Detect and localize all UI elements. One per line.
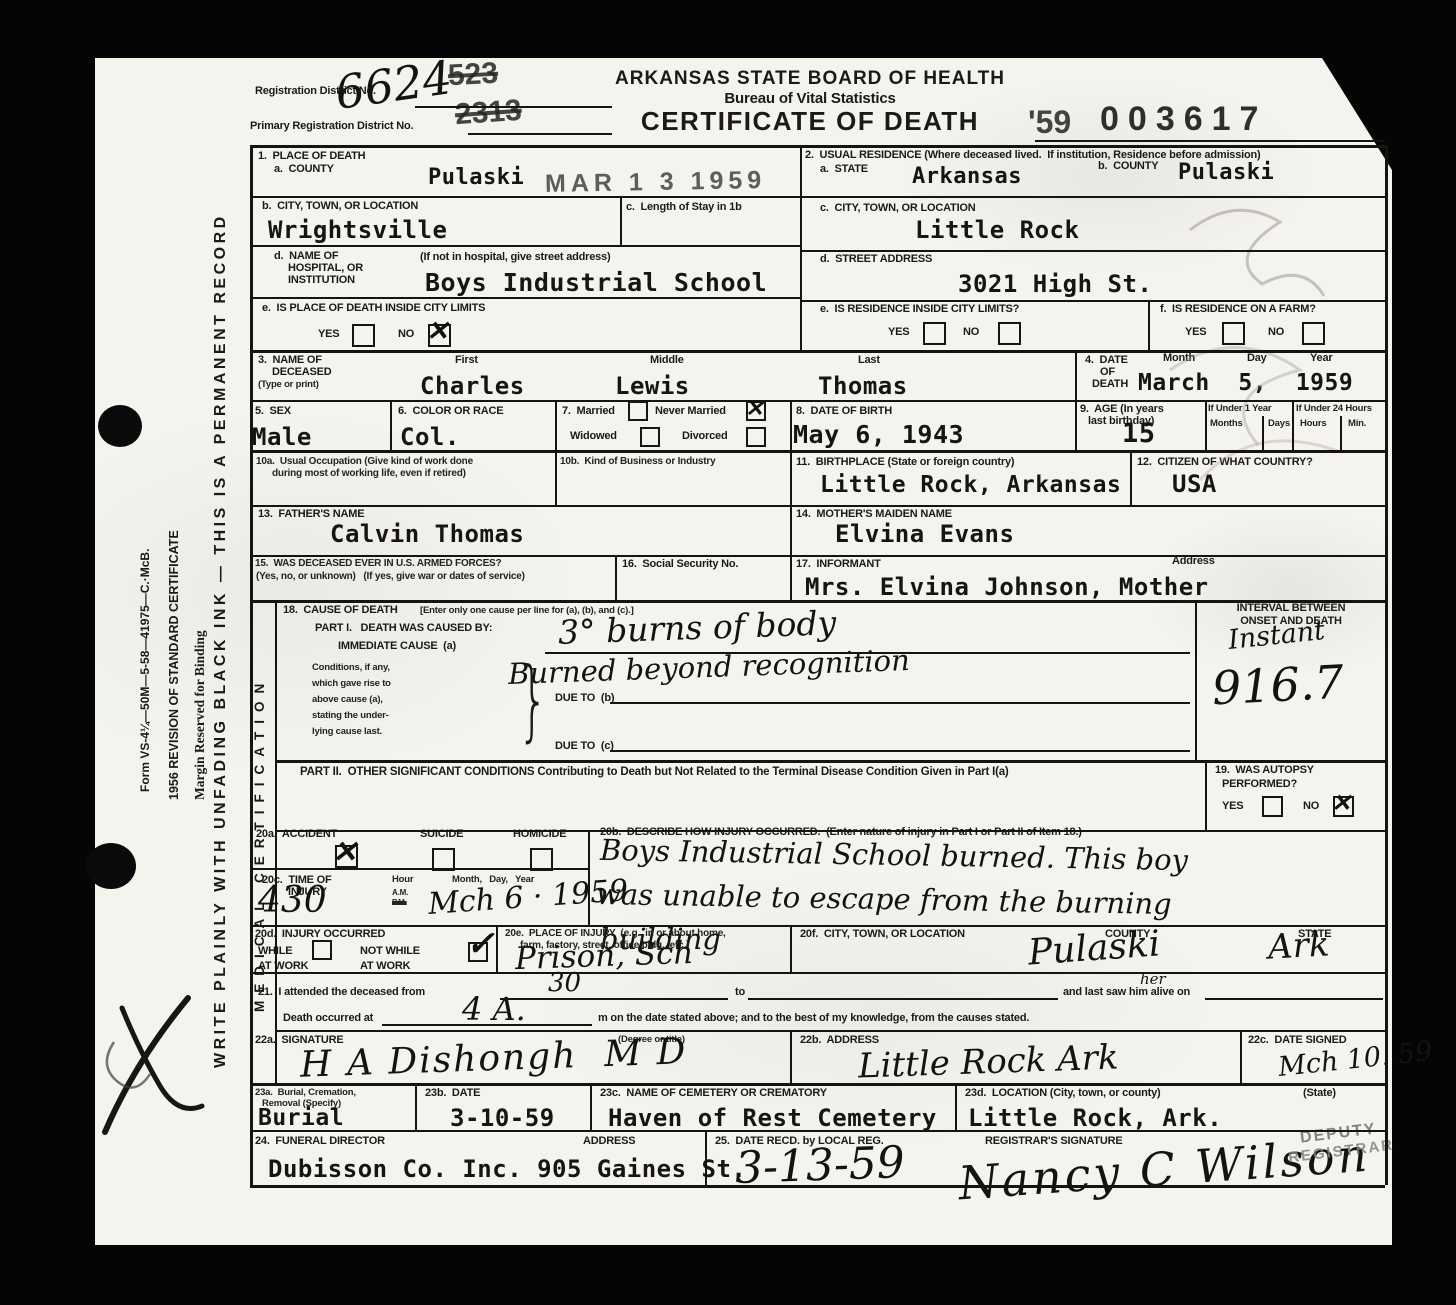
rule-vertical [955,1083,957,1130]
dob-value: May 6, 1943 [793,420,964,449]
rule-horizontal [250,972,1385,974]
rule-horizontal [250,555,1385,557]
place-of-injury-value: Prison, Sch [514,935,694,977]
middle-label: Middle [650,354,684,366]
punch-hole [98,405,142,447]
institution-label-1: d. NAME OF [274,250,338,262]
county-label: a. COUNTY [274,163,334,175]
not-while-work-checkbox[interactable]: ✓ [468,942,488,962]
not-while-label-2: AT WORK [360,960,410,972]
name-label-1: 3. NAME OF [258,354,322,366]
funeral-director-value: Dubisson Co. Inc. 905 Gaines St. [268,1155,746,1183]
rule-horizontal [800,250,1385,252]
mother-value: Elvina Evans [835,520,1014,548]
name-label-2: DECEASED [272,366,332,378]
registrar-signature-label: REGISTRAR'S SIGNATURE [985,1135,1123,1147]
due-to-b-label: DUE TO (b) [555,692,614,704]
father-value: Calvin Thomas [330,520,524,548]
rule-vertical [790,555,792,600]
handwritten-mark [80,990,230,1145]
rule-vertical [1195,600,1197,760]
res-limits-no-label: NO [963,326,979,338]
ssn-label: 16. Social Security No. [622,558,738,570]
rule-vertical [705,1130,707,1185]
rule-vertical [790,400,792,450]
old-district-number: 523 [447,57,499,94]
form-number-text: Form VS-4¼—50M—5-58—41975—C.·McB. [138,549,152,792]
rule-vertical [1340,416,1342,450]
occupation-label-2: during most of working life, even if ret… [272,468,466,479]
rule-vertical [800,145,802,350]
occupation-label-1: 10a. Usual Occupation (Give kind of work… [256,456,473,467]
certificate-title: CERTIFICATE OF DEATH [600,106,1020,137]
rule-horizontal [250,868,588,870]
check-mark: ✓ [466,924,495,964]
old-primary-number: 2313 [454,94,523,133]
rule-horizontal [250,505,1385,507]
received-date-stamp: MAR 1 3 1959 [545,166,767,199]
industry-label: 10b. Kind of Business or Industry [560,456,715,467]
middle-name: Lewis [615,372,690,400]
race-label: 6. COLOR OR RACE [398,405,503,417]
attended-text-2: and last saw him alive on [1063,986,1190,998]
rule-horizontal [748,998,1058,1000]
rule-horizontal [545,652,1190,654]
accident-checkbox[interactable]: ✕ [335,845,358,868]
rule-horizontal [250,1083,1385,1086]
birthplace-value: Little Rock, Arkansas [820,472,1121,498]
rule-vertical [615,555,617,600]
rule-vertical [555,400,557,450]
not-while-label-1: NOT WHILE [360,945,420,957]
revision-text: 1956 REVISION OF STANDARD CERTIFICATE [167,530,181,800]
res-limits-yes-label: YES [888,326,909,338]
rule-horizontal [275,830,1385,832]
rule-horizontal [610,702,1190,704]
rule-horizontal [250,450,1385,453]
residence-city-value: Little Rock [915,216,1079,244]
rule-vertical [1292,400,1294,450]
married-label: 7. Married [562,405,615,417]
rule-vertical [1148,300,1150,350]
rule-vertical [1205,760,1207,830]
dod-label-3: DEATH [1092,378,1128,390]
burial-label-1: 23a. Burial, Cremation, [255,1087,356,1098]
rule-vertical [250,145,253,1185]
rule-horizontal [415,106,612,108]
city-value: Wrightsville [268,216,447,244]
autopsy-label-1: 19. WAS AUTOPSY [1215,764,1314,776]
sig-address-label: 22b. ADDRESS [800,1034,879,1046]
hour-label: Hour [392,874,413,885]
attended-to-label: to [735,986,745,998]
autopsy-no-checkbox[interactable]: ✕ [1333,796,1354,817]
funeral-director-label: 24. FUNERAL DIRECTOR [255,1135,385,1147]
rule-horizontal [250,245,800,247]
res-limits-yes-checkbox[interactable] [923,322,946,345]
never-married-label: Never Married [655,405,726,417]
conditions-label-5: lying cause last. [312,726,382,737]
divorced-checkbox[interactable] [746,427,766,447]
length-of-stay-label: c. Length of Stay in 1b [626,201,742,213]
rule-vertical [555,450,557,505]
rule-horizontal [250,350,1385,353]
conditions-label-4: stating the under- [312,710,389,721]
rule-horizontal [382,1024,592,1026]
first-name: Charles [420,372,525,400]
sex-label: 5. SEX [255,405,291,417]
city-limits-label: e. IS PLACE OF DEATH INSIDE CITY LIMITS [262,302,485,314]
am-label: A.M. [392,888,408,897]
rule-vertical [1130,450,1132,505]
scanned-death-certificate: Form VS-4¼—50M—5-58—41975—C.·McB. 1956 R… [0,0,1456,1305]
x-mark: ✕ [1331,788,1351,817]
rule-horizontal [250,1130,1385,1132]
rule-horizontal [468,133,612,135]
burial-date-label: 23b. DATE [425,1087,480,1099]
injury-city-label: 20f. CITY, TOWN, OR LOCATION [800,928,965,940]
burial-location-value: Little Rock, Ark. [968,1104,1222,1132]
burial-state-label: (State) [1303,1087,1336,1099]
never-married-checkbox[interactable]: ✕ [746,401,766,421]
rule-vertical [1385,145,1388,1185]
rule-vertical [1075,350,1077,450]
city-limits-yes-checkbox[interactable] [352,324,375,347]
cert-number: 003617 [1100,100,1267,139]
widowed-checkbox[interactable] [640,427,660,447]
burial-value: Burial [258,1105,344,1131]
rule-horizontal [1205,998,1383,1000]
cause-code: 916.7 [1211,655,1345,716]
res-limits-label: e. IS RESIDENCE INSIDE CITY LIMITS? [820,303,1019,315]
forces-label-1: 15. WAS DECEASED EVER IN U.S. ARMED FORC… [255,558,501,569]
institution-label-2: HOSPITAL, OR [288,262,363,274]
rule-horizontal [275,1030,1385,1032]
residence-state-label: a. STATE [820,163,868,175]
institution-hint: (If not in hospital, give street address… [420,251,610,263]
burial-date-value: 3-10-59 [450,1104,555,1132]
conditions-brace: } [518,648,549,751]
rule-vertical [590,1083,592,1130]
rule-vertical [1240,1030,1242,1083]
rule-vertical [588,830,590,925]
dod-label-1: 4. DATE [1085,354,1128,366]
rule-horizontal [250,196,1385,198]
rule-horizontal [250,297,800,299]
rule-vertical [790,925,792,972]
x-mark: ✕ [426,316,449,347]
birthplace-label: 11. BIRTHPLACE (State or foreign country… [796,456,1014,468]
street-label: d. STREET ADDRESS [820,253,932,265]
rule-vertical [790,450,792,505]
while-work-checkbox[interactable] [312,940,332,960]
informant-label: 17. INFORMANT [796,558,881,570]
widowed-label: Widowed [570,430,617,442]
institution-value: Boys Industrial School [425,268,767,297]
divorced-label: Divorced [682,430,727,442]
pm-label: P.M. [392,898,407,907]
dob-label: 8. DATE OF BIRTH [796,405,892,417]
married-checkbox[interactable] [628,401,648,421]
rule-vertical [1205,400,1207,450]
cemetery-value: Haven of Rest Cemetery [608,1104,937,1132]
primary-district-label: Primary Registration District No. [250,120,413,132]
death-time-value: 4 A. [462,990,526,1028]
board-title: ARKANSAS STATE BOARD OF HEALTH [600,68,1020,90]
rule-horizontal [250,925,1385,927]
informant-value: Mrs. Elvina Johnson, Mother [805,573,1209,601]
autopsy-yes-label: YES [1222,800,1243,812]
immediate-cause-label: IMMEDIATE CAUSE (a) [338,640,456,652]
last-name: Thomas [818,372,908,400]
autopsy-yes-checkbox[interactable] [1262,796,1283,817]
rule-vertical [496,925,498,972]
injury-state-value: Ark [1267,924,1330,967]
rule-horizontal [250,1185,1385,1188]
rule-horizontal [275,760,1385,763]
rule-horizontal [500,998,728,1000]
date-signed-label: 22c. DATE SIGNED [1248,1034,1346,1046]
dod-label-2: OF [1100,366,1115,378]
conditions-label-3: above cause (a), [312,694,383,705]
part1-label: PART I. DEATH WAS CAUSED BY: [315,622,492,634]
city-limits-no-checkbox[interactable]: ✕ [428,324,451,347]
rule-vertical [415,1083,417,1130]
punch-hole [86,843,136,889]
x-mark: ✕ [332,835,357,870]
place-of-death-label: 1. PLACE OF DEATH [258,150,365,162]
part2-label: PART II. OTHER SIGNIFICANT CONDITIONS Co… [300,766,1190,778]
cert-year: '59 [1028,104,1071,141]
death-occurred-label: Death occurred at [283,1012,373,1024]
residence-city-label: c. CITY, TOWN, OR LOCATION [820,202,976,214]
rule-vertical [390,400,392,450]
rule-vertical [1262,416,1264,450]
binding-text: Margin Reserved for Binding [192,630,208,800]
institution-label-3: INSTITUTION [288,274,355,286]
write-plainly-text: WRITE PLAINLY WITH UNFADING BLACK INK — … [212,213,230,1068]
sex-value: Male [252,423,312,451]
last-label: Last [858,354,880,366]
street-value: 3021 High St. [958,270,1152,298]
cemetery-label: 23c. NAME OF CEMETERY OR CREMATORY [600,1087,827,1099]
rule-horizontal [610,750,1190,752]
residence-state-value: Arkansas [912,164,1022,189]
res-limits-no-checkbox[interactable] [998,322,1021,345]
race-value: Col. [400,423,460,451]
due-to-c-label: DUE TO (c) [555,740,614,752]
forces-label-2: (Yes, no, or unknown) (If yes, give war … [256,571,525,582]
cause-label: 18. CAUSE OF DEATH [283,604,398,616]
bureau-title: Bureau of Vital Statistics [600,90,1020,107]
while-label-2: AT WORK [258,960,308,972]
death-occurred-text: m on the date stated above; and to the b… [598,1012,1029,1024]
attended-text-1: 21. I attended the deceased from [258,986,425,998]
father-label: 13. FATHER'S NAME [258,508,364,520]
rule-horizontal [1035,140,1385,142]
city-label: b. CITY, TOWN, OR LOCATION [262,200,418,212]
mother-label: 14. MOTHER'S MAIDEN NAME [796,508,952,520]
rule-horizontal [250,400,1385,402]
rule-vertical [790,505,792,555]
name-label-3: (Type or print) [258,379,319,390]
city-limits-no-label: NO [398,328,414,340]
rule-horizontal [800,300,1385,302]
rule-vertical [275,600,277,1083]
conditions-label-2: which gave rise to [312,678,391,689]
autopsy-no-label: NO [1303,800,1319,812]
county-value: Pulaski [428,165,524,190]
city-limits-yes-label: YES [318,328,339,340]
rule-vertical [790,1030,792,1083]
hour-value: 430 [258,880,327,921]
rule-vertical [620,196,622,245]
conditions-label-1: Conditions, if any, [312,662,390,673]
first-label: First [455,354,478,366]
rule-horizontal [250,145,1385,148]
burial-location-label: 23d. LOCATION (City, town, or county) [965,1087,1161,1099]
rule-horizontal [250,600,1385,603]
interval-label-1: INTERVAL BETWEEN [1200,602,1382,614]
funeral-address-label: ADDRESS [583,1135,635,1147]
autopsy-label-2: PERFORMED? [1222,778,1297,790]
